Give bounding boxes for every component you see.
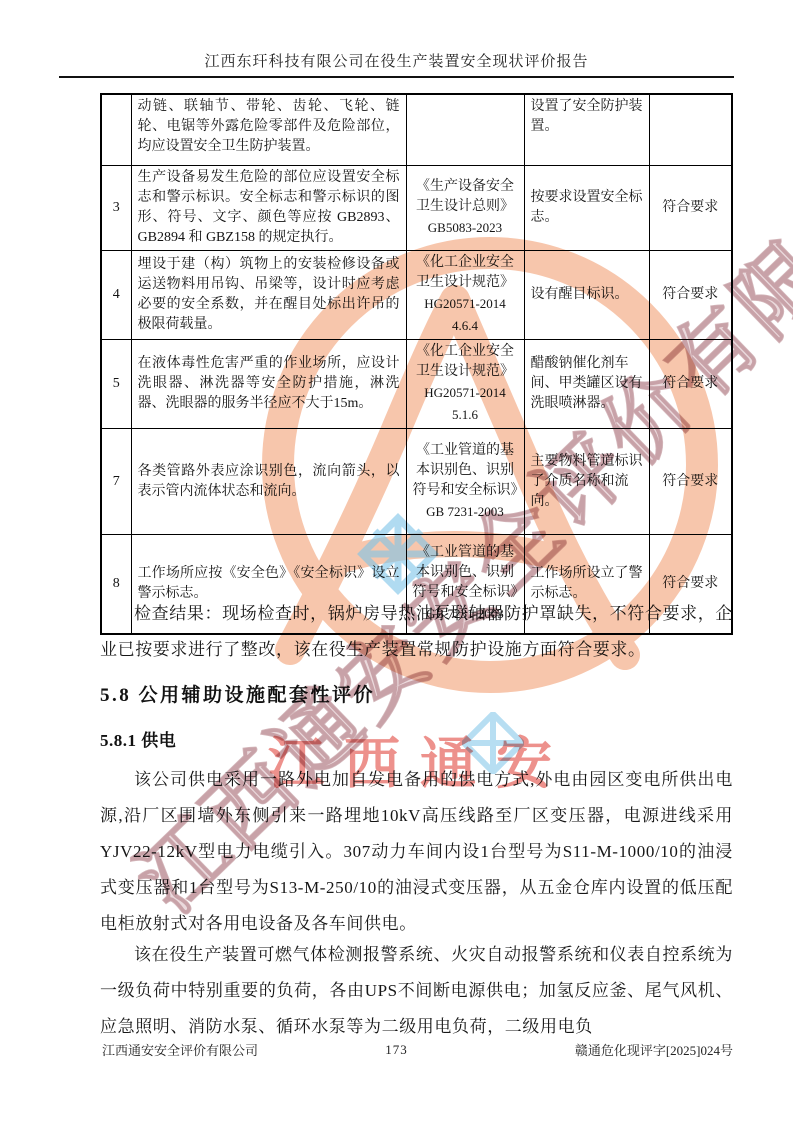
check-result: 设置了安全防护装置。 [524,94,649,166]
standard-clause: 4.6.4 [413,315,518,337]
standard-title: 《工业管道的基本识别色、识别符号和安全标识》 [413,543,518,603]
standard-title: 《化工企业安全卫生设计规范》 [413,342,518,382]
standard-cell: 《化工企业安全卫生设计规范》 HG20571-2014 4.6.4 [406,251,524,340]
conclusion: 符合要求 [649,251,732,340]
row-number [101,94,131,166]
row-number: 4 [101,251,131,340]
standard-code: HG20571-2014 [413,382,518,404]
requirement-text: 各类管路外表应涂识别色，流向箭头，以表示管内流体状态和流向。 [131,429,406,535]
standard-cell: 《生产设备安全卫生设计总则》 GB5083-2023 [406,166,524,251]
subsection-heading-5-8-1: 5.8.1 供电 [100,726,176,751]
standard-clause: 5.1.6 [413,404,518,426]
standard-cell: 《工业管道的基本识别色、识别符号和安全标识》 GB 7231-2003 [406,429,524,535]
footer-doc-number: 赣通危化现评字[2025]024号 [575,1040,733,1059]
conclusion: 符合要求 [649,166,732,251]
conclusion: 符合要求 [649,340,732,429]
conclusion: 符合要求 [649,429,732,535]
standard-title: 《生产设备安全卫生设计总则》 [413,177,518,217]
row-number: 5 [101,340,131,429]
check-result-paragraph: 检查结果：现场检查时，锅炉房导热油泵联轴器防护罩缺失，不符合要求，企业已按要求进… [100,596,733,668]
requirement-text: 埋设于建（构）筑物上的安装检修设备或运送物料用吊钩、吊梁等，设计时应考虑必要的安… [131,251,406,340]
report-page: 江西东玕科技有限公司在役生产装置安全现状评价报告 动链、联轴节、带轮、齿轮、飞轮… [0,0,793,1122]
standard-code: GB5083-2023 [413,217,518,239]
check-result: 主要物料管道标识了介质名称和流向。 [524,429,649,535]
standard-code: HG20571-2014 [413,293,518,315]
section-heading-5-8: 5.8 公用辅助设施配套性评价 [100,680,375,707]
table-row: 5 在液体毒性危害严重的作业场所，应设计洗眼器、淋洗器等安全防护措施，淋洗器、洗… [101,340,732,429]
evaluation-table: 动链、联轴节、带轮、齿轮、飞轮、链轮、电锯等外露危险零部件及危险部位，均应设置安… [100,93,733,635]
table-row: 7 各类管路外表应涂识别色，流向箭头，以表示管内流体状态和流向。 《工业管道的基… [101,429,732,535]
page-footer: 江西通安安全评价有限公司 173 赣通危化现评字[2025]024号 [0,1040,793,1062]
standard-cell [406,94,524,166]
paragraph-power-supply-1: 该公司供电采用一路外电加自发电备用的供电方式,外电由园区变电所供出电源,沿厂区围… [100,762,733,942]
check-result: 设有醒目标识。 [524,251,649,340]
standard-cell: 《化工企业安全卫生设计规范》 HG20571-2014 5.1.6 [406,340,524,429]
conclusion [649,94,732,166]
row-number: 3 [101,166,131,251]
check-result: 醋酸钠催化剂车间、甲类罐区设有洗眼喷淋器。 [524,340,649,429]
header-rule [59,76,734,78]
standard-title: 《工业管道的基本识别色、识别符号和安全标识》 [413,441,518,501]
table-row: 4 埋设于建（构）筑物上的安装检修设备或运送物料用吊钩、吊梁等，设计时应考虑必要… [101,251,732,340]
standard-code: GB 7231-2003 [413,501,518,523]
check-result: 按要求设置安全标志。 [524,166,649,251]
table-row: 3 生产设备易发生危险的部位应设置安全标志和警示标识。安全标志和警示标识的图形、… [101,166,732,251]
table-row: 动链、联轴节、带轮、齿轮、飞轮、链轮、电锯等外露危险零部件及危险部位，均应设置安… [101,94,732,166]
paragraph-power-supply-2: 该在役生产装置可燃气体检测报警系统、火灾自动报警系统和仪表自控系统为一级负荷中特… [100,937,733,1045]
standard-title: 《化工企业安全卫生设计规范》 [413,253,518,293]
requirement-text: 在液体毒性危害严重的作业场所，应设计洗眼器、淋洗器等安全防护措施，淋洗器、洗眼器… [131,340,406,429]
row-number: 7 [101,429,131,535]
page-header-title: 江西东玕科技有限公司在役生产装置安全现状评价报告 [0,50,793,71]
requirement-text: 动链、联轴节、带轮、齿轮、飞轮、链轮、电锯等外露危险零部件及危险部位，均应设置安… [131,94,406,166]
requirement-text: 生产设备易发生危险的部位应设置安全标志和警示标识。安全标志和警示标识的图形、符号… [131,166,406,251]
